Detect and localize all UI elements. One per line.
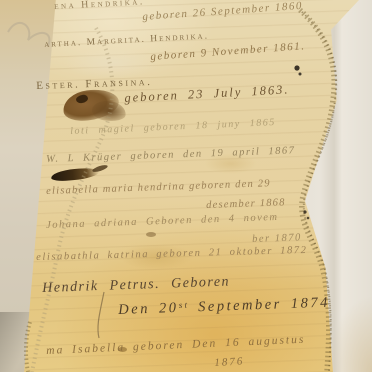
register-page-photo: ena Hendrika. geboren 26 September 1860 …: [0, 0, 372, 372]
ink-blot-icon: [299, 73, 302, 76]
entry-johana-adriana-line2: ber 1870: [252, 232, 302, 245]
ink-fleck-icon: [303, 210, 306, 213]
stitch-border-bottom-left-icon: [26, 322, 30, 372]
ink-blot-icon: [294, 65, 299, 70]
pen-flourish-icon: [98, 292, 104, 338]
ink-fleck-icon: [307, 217, 310, 220]
stitch-border-right-dark-icon: [302, 12, 336, 372]
entry-isabella-1876-line2: 1876: [214, 355, 245, 369]
stitch-border-right-icon: [300, 10, 334, 372]
